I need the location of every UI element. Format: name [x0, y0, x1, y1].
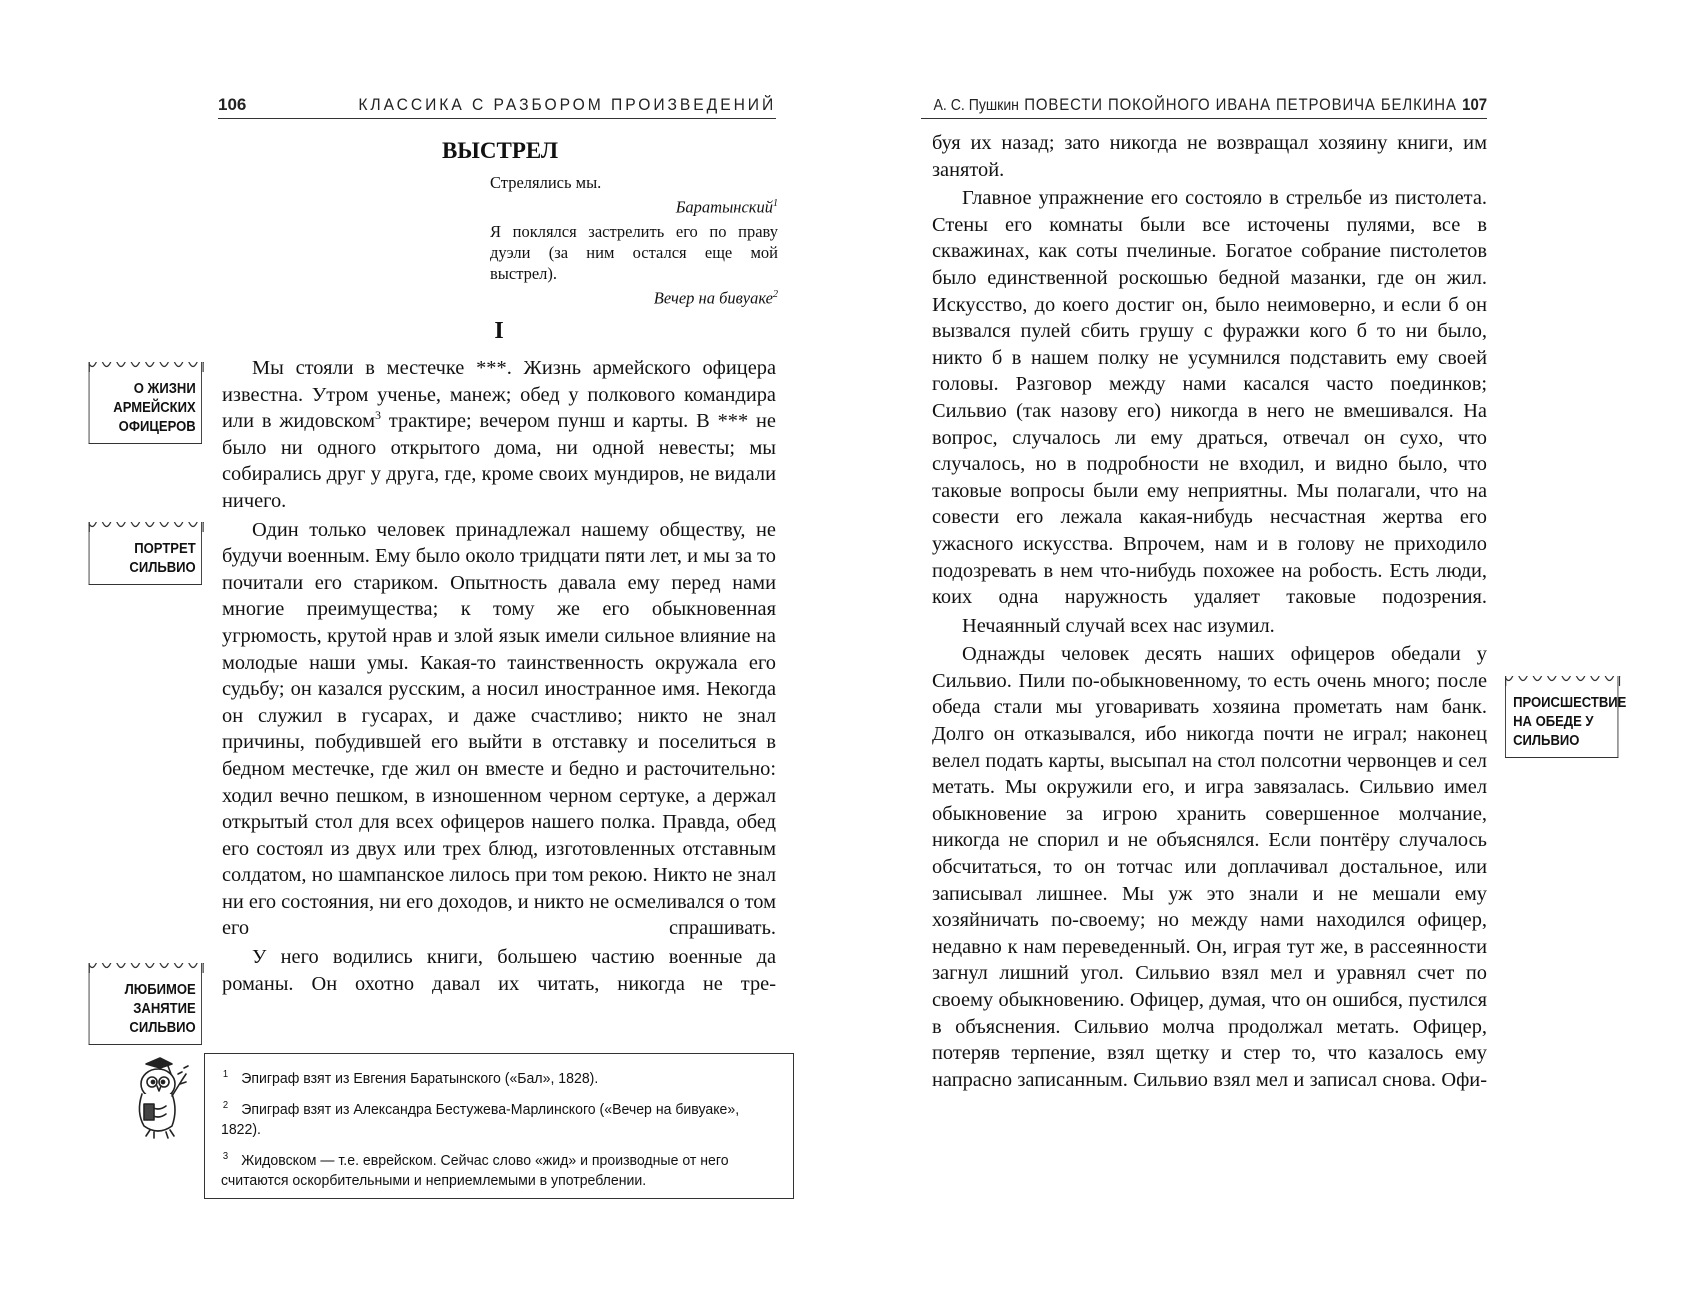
- wavy-edge-icon: [88, 963, 203, 973]
- author-name: А. С. Пушкин: [933, 97, 1018, 114]
- paragraph: Один только человек принадлежал нашему о…: [222, 517, 776, 943]
- side-note-army-life: О ЖИЗНИАРМЕЙСКИХОФИЦЕРОВ: [89, 362, 202, 444]
- left-page-body: Мы стояли в местечке ***. Жизнь армейско…: [222, 355, 776, 997]
- epigraph-source: Вечер на бивуаке2: [490, 284, 778, 309]
- epigraph-2: Я поклялся застрелить его по праву дуэли…: [490, 221, 778, 309]
- footnote-1: 1Эпиграф взят из Евгения Баратынского («…: [221, 1065, 773, 1089]
- epigraph-text: Стрелялись мы.: [490, 172, 778, 193]
- running-title-right: ПОВЕСТИ ПОКОЙНОГО ИВАНА ПЕТРОВИЧА БЕЛКИН…: [1024, 95, 1457, 114]
- chapter-number: I: [474, 318, 524, 345]
- paragraph: Нечаянный случай всех нас изумил.: [932, 613, 1487, 640]
- story-title: ВЫСТРЕЛ: [400, 138, 600, 164]
- footnotes-box: 1Эпиграф взят из Евгения Баратынского («…: [204, 1053, 794, 1199]
- footnote-2: 2Эпиграф взят из Александра Бестужева-Ма…: [221, 1096, 773, 1140]
- right-page-header: А. С. ПушкинПОВЕСТИ ПОКОЙНОГО ИВАНА ПЕТР…: [921, 94, 1487, 119]
- running-title-left: КЛАССИКА С РАЗБОРОМ ПРОИЗВЕДЕНИЙ: [358, 94, 776, 116]
- footnote-3: 3Жидовском — т.е. еврейском. Сейчас слов…: [221, 1147, 773, 1191]
- paragraph: У него водились книги, большею частию во…: [222, 944, 776, 997]
- wavy-edge-icon: [88, 362, 203, 372]
- side-note-silvio-portrait: ПОРТРЕТСИЛЬВИО: [89, 522, 202, 585]
- epigraph-text: Я поклялся застрелить его по праву дуэли…: [490, 221, 778, 284]
- wavy-edge-icon: [1505, 676, 1620, 686]
- paragraph: Главное упражнение его состояло в стрель…: [932, 185, 1487, 611]
- page-number-right: 107: [1462, 95, 1487, 114]
- left-page-header: 106 КЛАССИКА С РАЗБОРОМ ПРОИЗВЕДЕНИЙ: [218, 94, 776, 119]
- epigraph-source: Баратынский1: [490, 193, 778, 218]
- paragraph: буя их назад; зато никогда не возвращал …: [932, 130, 1487, 183]
- right-page-body: буя их назад; зато никогда не возвращал …: [932, 130, 1487, 1093]
- side-note-incident-at-dinner: ПРОИСШЕСТВИЕНА ОБЕДЕ УСИЛЬВИО: [1505, 676, 1618, 758]
- epigraph-1: Стрелялись мы. Баратынский1: [490, 172, 778, 218]
- side-note-silvio-hobby: ЛЮБИМОЕЗАНЯТИЕСИЛЬВИО: [89, 963, 202, 1045]
- paragraph: Мы стояли в местечке ***. Жизнь армейско…: [222, 355, 776, 515]
- owl-professor-icon: [128, 1054, 194, 1140]
- paragraph: Однажды человек десять наших офицеров об…: [932, 641, 1487, 1093]
- wavy-edge-icon: [88, 522, 203, 532]
- page-number-left: 106: [218, 94, 246, 116]
